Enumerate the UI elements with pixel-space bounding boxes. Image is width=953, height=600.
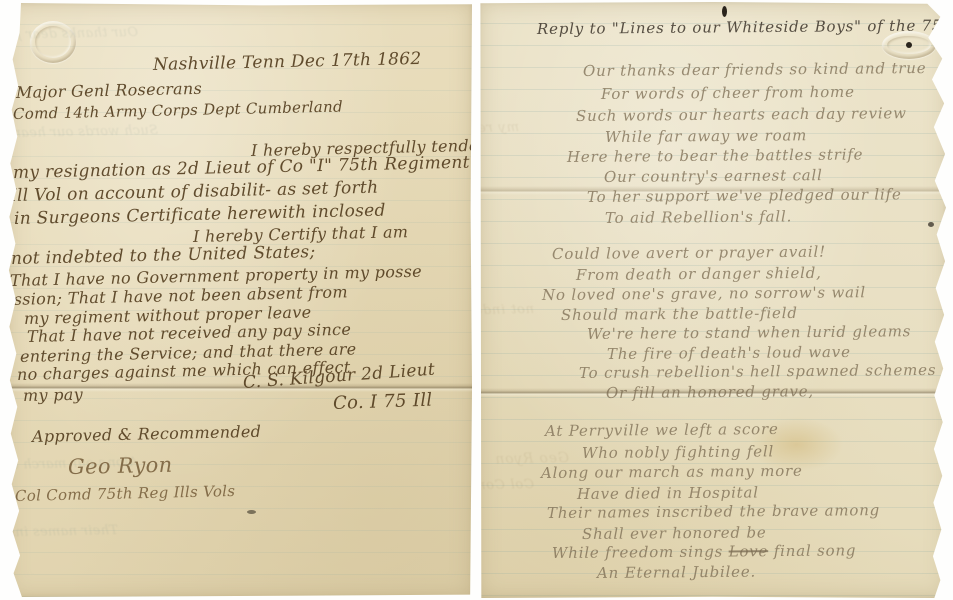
poem-line: Shall ever honored be	[582, 523, 767, 543]
poem-line: While far away we roam	[605, 126, 807, 146]
poem-line: To aid Rebellion's fall.	[605, 207, 792, 227]
endorsement-title: Col Comd 75th Reg Ills Vols	[15, 482, 236, 505]
letter-line: my resignation as 2d Lieut of Co "I" 75t…	[13, 153, 470, 183]
ink-blot	[722, 6, 727, 17]
poem-line: Our country's earnest call	[604, 166, 823, 186]
poem-line: Could love avert or prayer avail!	[552, 243, 826, 263]
poem-line: Should mark the battle-field	[561, 304, 798, 324]
poem-line: Our thanks dear friends so kind and true	[583, 59, 927, 80]
poem-line: To her support we've pledged our life	[587, 185, 902, 206]
poem-line: Or fill an honored grave,	[606, 382, 814, 402]
poem-line: The fire of death's loud wave	[607, 343, 851, 363]
bleedthrough-text: Their names inscribed the brave among	[0, 523, 118, 544]
poem-line: For words of cheer from home	[601, 83, 855, 103]
poem-line: Have died in Hospital	[577, 483, 759, 503]
bleedthrough-text: Such words our hearts each day review	[0, 123, 158, 144]
letter-dateline: Nashville Tenn Dec 17th 1862	[153, 49, 422, 75]
poem-line: We're here to stand when lurid gleams	[587, 322, 911, 343]
poem-title: Reply to "Lines to our Whiteside Boys" o…	[537, 16, 953, 38]
endorsement-heading: Approved & Recommended	[32, 422, 262, 446]
left-page: Our thanks dear friends so kind and true…	[8, 3, 472, 597]
poem-line: Their names inscribed the brave among	[547, 501, 880, 522]
poem-closing-line: An Eternal Jubilee.	[597, 563, 756, 582]
poem-line: Here here to bear the battles strife	[567, 145, 863, 166]
poem-line-with-strikethrough: While freedom sings Love final song	[552, 541, 856, 562]
poem-line: Along our march as many more	[541, 462, 803, 482]
photographed-documents: Our thanks dear friends so kind and true…	[0, 0, 953, 600]
ink-blot	[928, 222, 934, 227]
ink-blot	[906, 42, 912, 48]
letter-addressee-unit: Comd 14th Army Corps Dept Cumberland	[13, 98, 343, 123]
ink-smudge	[247, 510, 256, 514]
poem-line: Who nobly fighting fell	[582, 442, 774, 462]
poem-line-post: final song	[768, 541, 856, 560]
poem-line-pre: While freedom sings	[552, 542, 729, 562]
signature-unit: Co. I 75 Ill	[333, 390, 433, 414]
poem-line: From death or danger shield,	[576, 264, 822, 284]
struck-word: Love	[729, 542, 769, 560]
poem-line: Such words our hearts each day review	[576, 104, 907, 125]
poem-line: At Perryville we left a score	[545, 420, 779, 440]
right-page: my resignation as 2d Lieut of Co "I" 75t…	[479, 2, 946, 598]
letter-addressee: Major Genl Rosecrans	[16, 79, 202, 102]
poem-line: To crush rebellion's hell spawned scheme…	[579, 361, 936, 382]
poem-line: No loved one's grave, no sorrow's wail	[542, 283, 866, 304]
endorsement-signature: Geo Ryon	[68, 453, 173, 479]
letter-line: my pay	[23, 385, 83, 405]
